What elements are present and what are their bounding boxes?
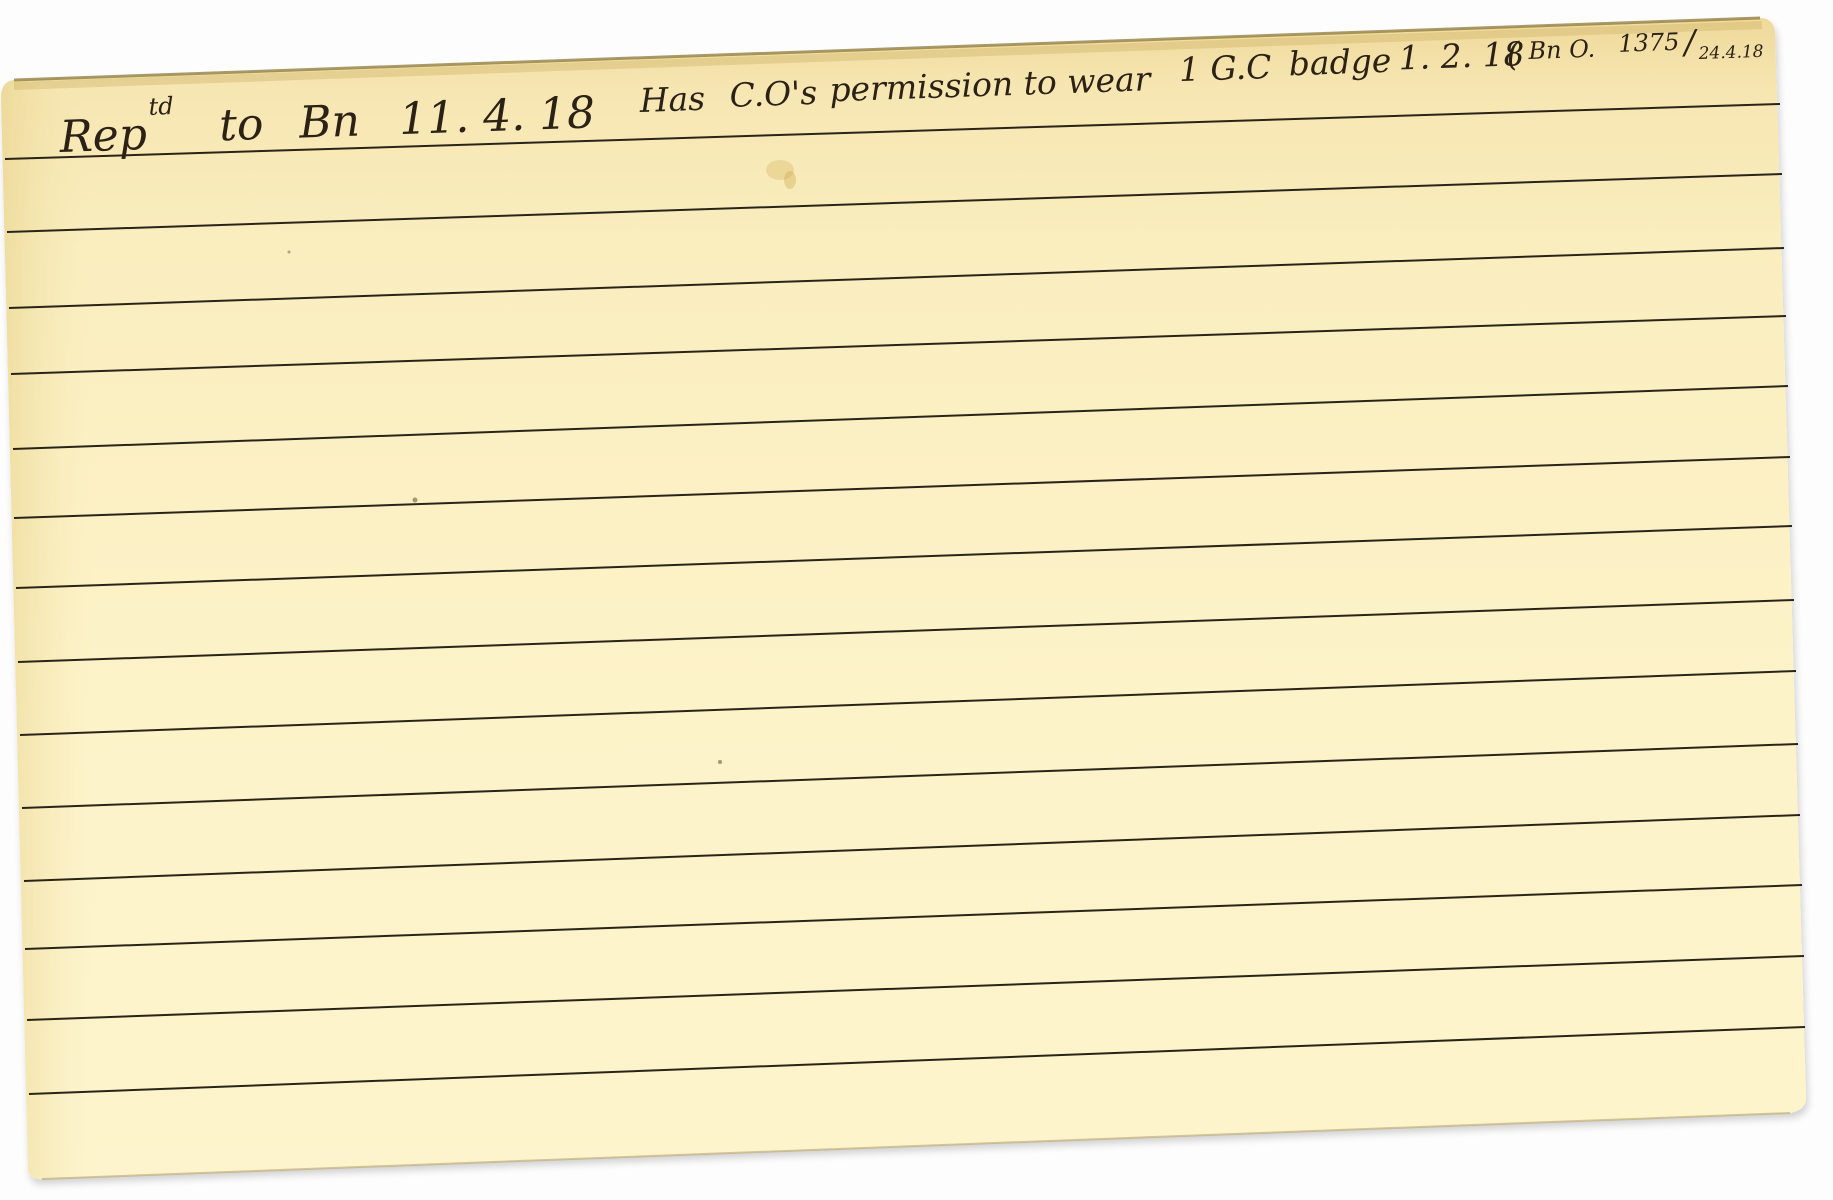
note-word-cos: C.O's <box>729 73 818 115</box>
note-bracket: ( <box>1506 34 1521 73</box>
note-word-to: to <box>218 99 264 152</box>
note-gc-count: 1 G.C <box>1178 47 1272 89</box>
note-bn-order-number: 1375 <box>1618 28 1680 58</box>
card-left-shade <box>1 18 1806 1179</box>
scanned-record-card: Rep td to Bn 11. 4. 18 Has C.O's permiss… <box>0 0 1833 1200</box>
note-bn-order-date: 24.4.18 <box>1697 42 1764 64</box>
note-superscript-td: td <box>148 92 174 121</box>
note-date-reported: 11. 4. 18 <box>398 87 596 145</box>
note-word-badge: badge <box>1288 41 1392 84</box>
card <box>1 18 1806 1179</box>
note-word-has: Has <box>638 79 706 120</box>
note-word-rep: Rep <box>58 109 148 163</box>
note-bn-order-prefix: Bn O. <box>1527 35 1596 65</box>
note-word-bn: Bn <box>297 96 360 149</box>
